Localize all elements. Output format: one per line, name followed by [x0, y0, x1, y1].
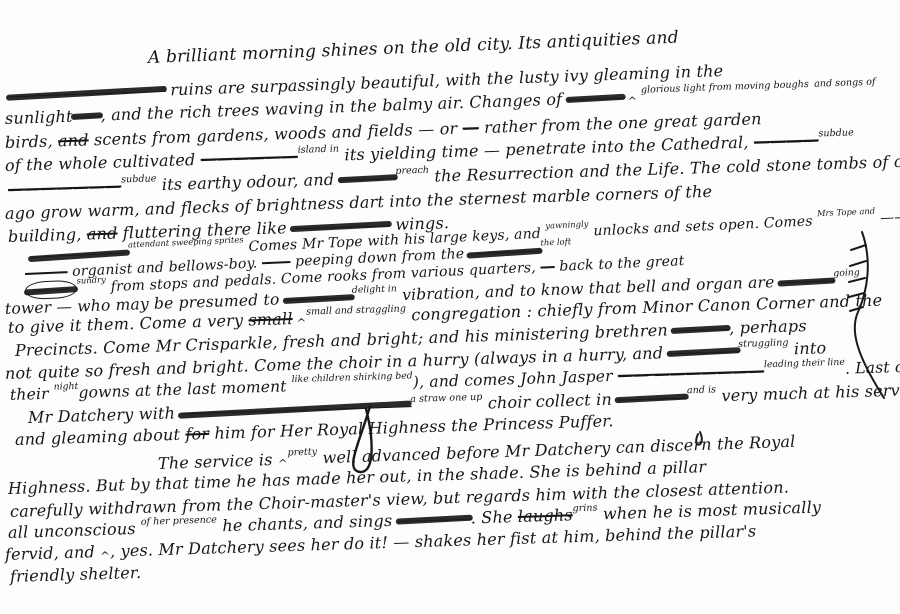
struck-out-text: small: [248, 309, 293, 329]
struck-out-text: ———————: [8, 176, 122, 199]
ink-blot-deletion: ————: [779, 271, 834, 291]
text-segment: choir collect in: [482, 389, 617, 412]
ink-blot-deletion: ————: [339, 168, 396, 189]
text-segment: ——: [875, 209, 900, 226]
struck-out-text: ————: [754, 130, 819, 151]
text-segment: Mr Datchery with: [28, 403, 181, 427]
text-segment: fervid, and: [5, 542, 101, 564]
text-segment: ), and comes John Jasper: [413, 367, 618, 391]
text-segment: The service is: [158, 450, 279, 473]
interlinear-insertion: leading their line: [764, 357, 845, 371]
interlinear-insertion: like children shirking bed: [291, 370, 412, 385]
text-segment: of the whole cultivated: [5, 150, 201, 175]
text-segment: unlocks and sets open. Comes: [588, 213, 817, 239]
interlinear-insertion: a straw one up: [410, 392, 482, 405]
text-segment: , perhaps: [729, 316, 807, 337]
interlinear-insertion: night: [53, 381, 78, 393]
ink-blot-deletion: —— ———: [397, 508, 471, 529]
ink-blot-deletion: ——: [72, 106, 101, 126]
interlinear-insertion: grins: [572, 502, 597, 514]
struck-out-text: ———: [25, 264, 68, 282]
interlinear-insertion: delight in: [352, 283, 397, 296]
ink-blot-deletion: ————: [567, 87, 624, 108]
text-segment: very much at his service: [716, 380, 900, 406]
struck-out-text: —: [540, 259, 555, 276]
text-segment: and gleaming about: [15, 425, 186, 449]
caret-mark: ^: [623, 94, 641, 109]
ink-blot-deletion: —————: [617, 387, 688, 408]
text-segment: building,: [8, 225, 87, 246]
struck-out-text: for: [185, 424, 209, 444]
struck-out-text: —: [462, 118, 479, 137]
struck-out-text: and: [87, 224, 118, 244]
struck-out-text: ——————: [200, 147, 298, 169]
manuscript-page: A brilliant morning shines on the old ci…: [0, 0, 900, 614]
text-segment: Its antiquities and: [518, 28, 679, 54]
ink-blot-deletion: ————: [673, 319, 730, 340]
manuscript-line-1: A brilliant morning shines on the old ci…: [148, 30, 679, 67]
struck-out-text: and: [58, 130, 89, 150]
text-segment: he chants, and sings: [217, 511, 398, 536]
interlinear-insertion: going: [833, 267, 860, 279]
interlinear-insertion: the loft: [540, 236, 571, 247]
interlinear-insertion: and songs of: [814, 77, 876, 90]
interlinear-insertion: Mrs Tope and: [817, 206, 876, 219]
interlinear-insertion: island in: [297, 144, 339, 156]
text-segment: friendly shelter.: [10, 563, 142, 586]
interlinear-insertion: and is: [687, 384, 716, 396]
caret-mark: ^: [100, 549, 110, 563]
struck-out-text: —— ———————: [618, 362, 765, 385]
text-segment: sunlight: [5, 107, 73, 128]
ink-blot-deletion: ————— ——————: [8, 81, 166, 105]
interlinear-insertion: sundry: [76, 274, 106, 285]
text-segment: . Last of all comes: [845, 355, 900, 378]
interlinear-insertion: of her presence: [141, 514, 217, 527]
text-segment: . She: [470, 507, 518, 527]
interlinear-insertion: subdue: [818, 127, 854, 139]
text-segment: their: [10, 385, 54, 404]
text-segment: its earthy odour, and: [156, 170, 340, 195]
interlinear-insertion: subdue: [121, 173, 157, 185]
interlinear-insertion: pretty: [287, 446, 317, 458]
struck-out-text: laughs: [518, 505, 573, 526]
ink-blot-deletion: —————: [668, 341, 739, 362]
caret-mark: ^: [278, 456, 288, 470]
interlinear-insertion: preach: [395, 165, 429, 177]
manuscript-line-24: friendly shelter.: [10, 565, 142, 585]
text-segment: gowns at the last moment: [78, 377, 292, 402]
text-segment: into: [788, 338, 826, 358]
interlinear-insertion: small and straggling: [306, 303, 406, 317]
text-segment: back to the great: [554, 253, 685, 275]
text-segment: birds,: [5, 131, 59, 152]
text-segment: A brilliant morning shines on the old ci…: [148, 34, 519, 68]
ink-blot-deletion: ——————: [469, 243, 542, 262]
struck-out-text: ——: [262, 254, 291, 271]
interlinear-insertion: struggling: [738, 337, 789, 350]
interlinear-insertion: yawningly: [545, 219, 589, 231]
text-segment: all unconscious: [8, 519, 142, 542]
caret-mark: ^: [293, 316, 307, 330]
